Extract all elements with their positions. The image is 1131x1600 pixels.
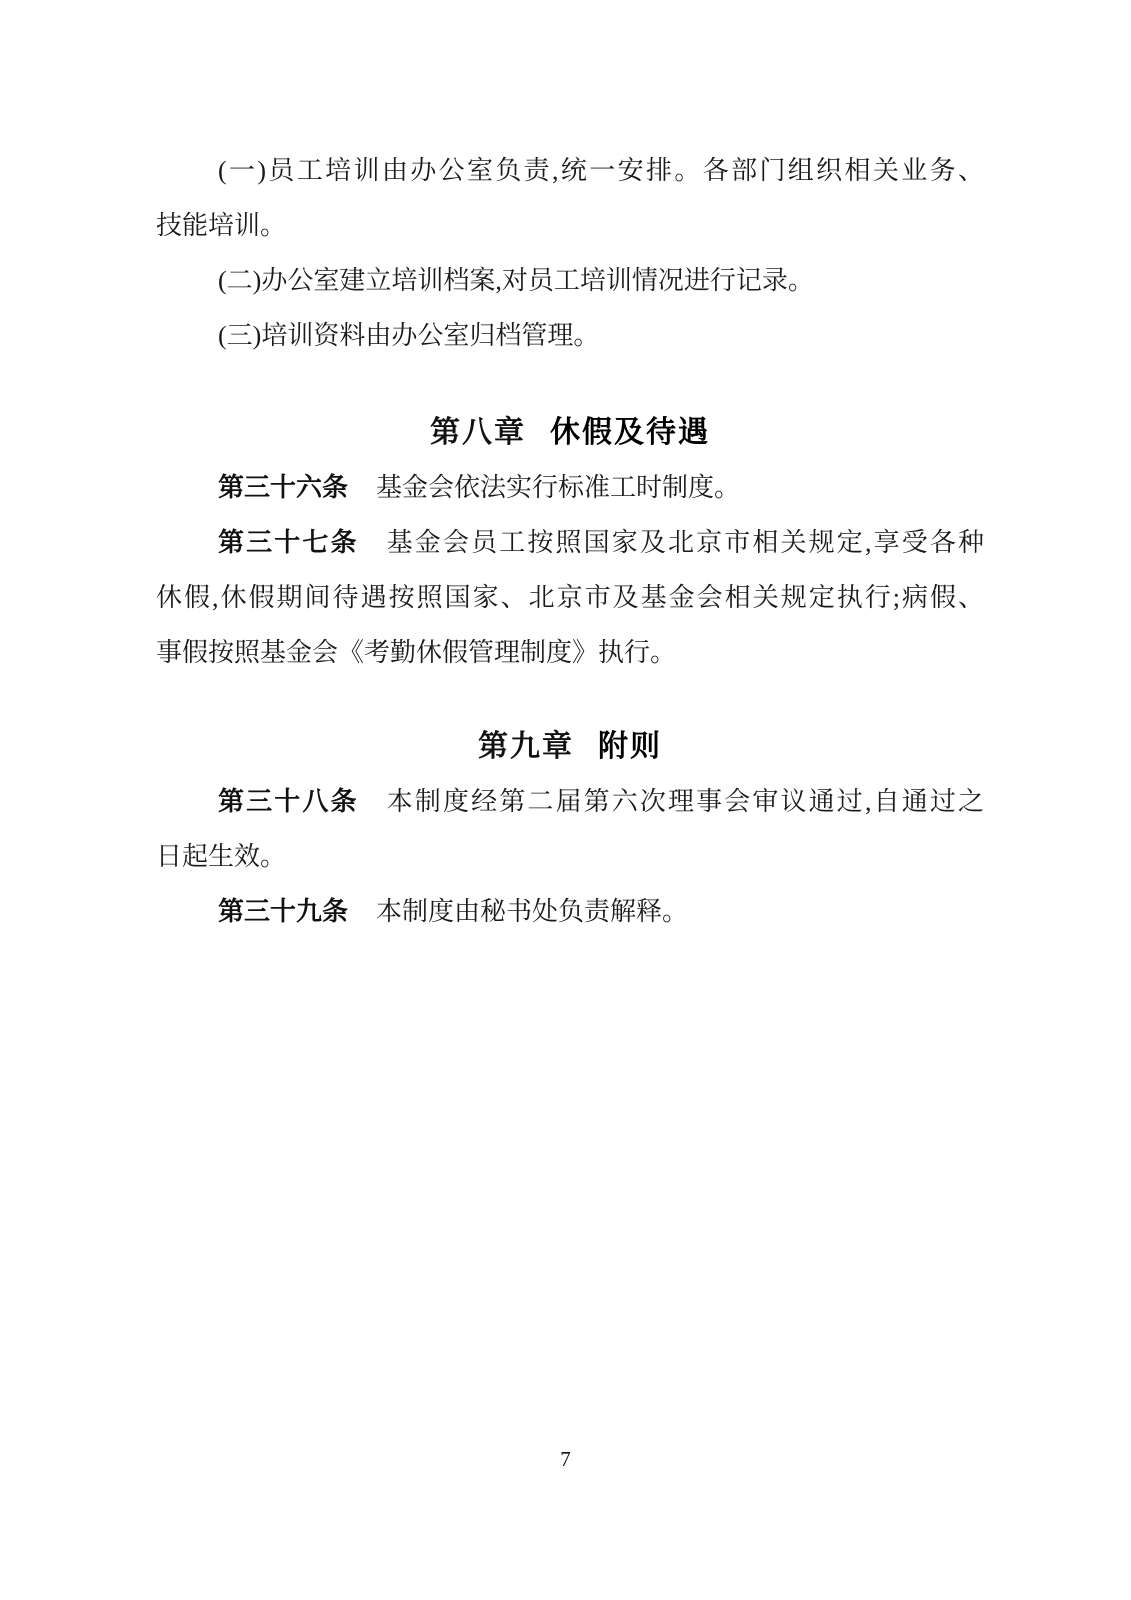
line-text: (三)培训资料由办公室归档管理。 [218,321,599,350]
chapter-number: 第九章 [478,730,574,763]
line-text: (一)员工培训由办公室负责,统一安排。各部门组织相关业务、 [218,156,984,185]
line-text: 技能培训。 [156,211,286,240]
paragraph-line: (三)培训资料由办公室归档管理。 [156,308,984,363]
document-page: (一)员工培训由办公室负责,统一安排。各部门组织相关业务、 技能培训。 (二)办… [0,0,1131,1600]
paragraph-line: 休假,休假期间待遇按照国家、北京市及基金会相关规定执行;病假、 [156,570,984,625]
paragraph-line: 事假按照基金会《考勤休假管理制度》执行。 [156,625,984,680]
line-text: 事假按照基金会《考勤休假管理制度》执行。 [156,638,676,667]
paragraph-line: 日起生效。 [156,829,984,884]
line-text: 本制度由秘书处负责解释。 [376,897,688,926]
page-number: 7 [560,1447,571,1471]
article-line: 第三十八条本制度经第二届第六次理事会审议通过,自通过之 [156,774,984,829]
paragraph-line: (一)员工培训由办公室负责,统一安排。各部门组织相关业务、 [156,143,984,198]
line-text: 休假,休假期间待遇按照国家、北京市及基金会相关规定执行;病假、 [156,583,984,612]
article-number: 第三十六条 [218,473,348,502]
article-line: 第三十九条本制度由秘书处负责解释。 [156,884,984,939]
article-number: 第三十七条 [218,528,359,557]
article-line: 第三十六条基金会依法实行标准工时制度。 [156,460,984,515]
article-number: 第三十八条 [218,787,359,816]
line-text: 日起生效。 [156,842,286,871]
chapter-title: 休假及待遇 [550,416,710,449]
page-content: (一)员工培训由办公室负责,统一安排。各部门组织相关业务、 技能培训。 (二)办… [156,143,984,939]
article-line: 第三十七条基金会员工按照国家及北京市相关规定,享受各种 [156,515,984,570]
line-text: 基金会员工按照国家及北京市相关规定,享受各种 [387,528,984,557]
chapter-number: 第八章 [430,416,526,449]
line-text: 基金会依法实行标准工时制度。 [376,473,740,502]
chapter-heading: 第八章休假及待遇 [156,405,984,460]
paragraph-line: 技能培训。 [156,198,984,253]
line-text: 本制度经第二届第六次理事会审议通过,自通过之 [387,787,984,816]
line-text: (二)办公室建立培训档案,对员工培训情况进行记录。 [218,266,814,295]
paragraph-line: (二)办公室建立培训档案,对员工培训情况进行记录。 [156,253,984,308]
chapter-heading: 第九章附则 [156,719,984,774]
article-number: 第三十九条 [218,897,348,926]
page-footer: 7 [0,1447,1131,1472]
chapter-title: 附则 [598,730,662,763]
